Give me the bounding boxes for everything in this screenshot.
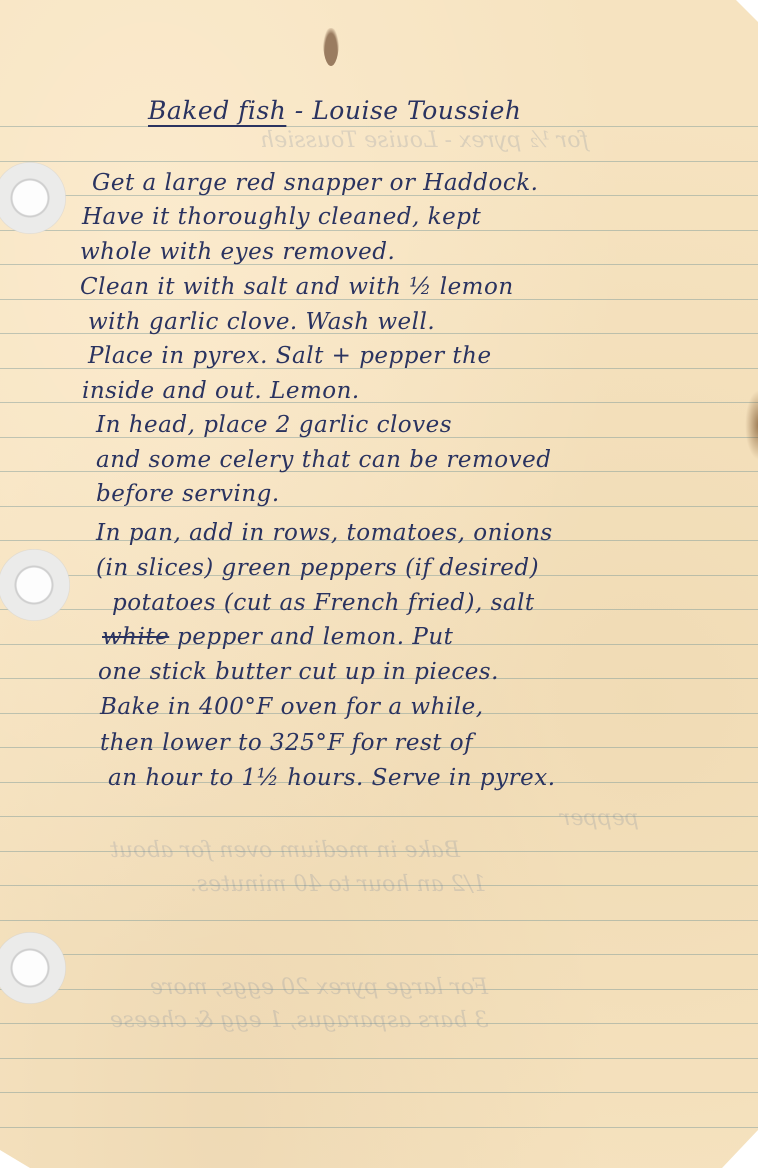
binder-hole: [0, 549, 70, 621]
binder-hole: [0, 932, 66, 1004]
ruled-line: [0, 1058, 758, 1059]
recipe-line: (in slices) green peppers (if desired): [96, 555, 539, 581]
recipe-line: then lower to 325°F for rest of: [100, 730, 473, 756]
recipe-title-line: Baked fish - Louise Toussieh: [148, 96, 521, 125]
recipe-line: and some celery that can be removed: [96, 447, 551, 473]
ruled-line: [0, 920, 758, 921]
binder-hole: [0, 162, 66, 234]
recipe-line: one stick butter cut up in pieces.: [98, 659, 499, 685]
bleed-through-text: pepper: [560, 806, 639, 831]
bleed-through-text: Bake in medium oven for about: [110, 838, 460, 863]
crossed-out-word: white: [102, 624, 169, 650]
edge-stain: [745, 390, 759, 460]
ruled-line: [0, 230, 758, 231]
recipe-line: inside and out. Lemon.: [82, 378, 360, 404]
recipe-author: Louise Toussieh: [312, 96, 521, 125]
ruled-line: [0, 126, 758, 127]
bleed-through-text: for ½ pyrex - Louise Toussieh: [260, 128, 589, 153]
ruled-line: [0, 161, 758, 162]
recipe-line: Place in pyrex. Salt + pepper the: [88, 343, 492, 369]
ruled-line: [0, 816, 758, 817]
recipe-line: Get a large red snapper or Haddock.: [92, 170, 538, 196]
bleed-through-text: 3 bars asparagus, 1 egg & cheese: [110, 1008, 488, 1033]
ink-blot-stain: [323, 28, 339, 66]
recipe-line: potatoes (cut as French fried), salt: [112, 590, 535, 616]
recipe-line: In head, place 2 garlic cloves: [96, 412, 452, 438]
recipe-line: Bake in 400°F oven for a while,: [100, 694, 484, 720]
ruled-line: [0, 954, 758, 955]
recipe-title: Baked fish: [148, 96, 286, 125]
bleed-through-text: For large pyrex 20 eggs, more: [150, 975, 488, 1000]
recipe-line-with-strike: white pepper and lemon. Put: [102, 624, 453, 650]
recipe-line: Clean it with salt and with ½ lemon: [80, 274, 514, 300]
ruled-line: [0, 1092, 758, 1093]
recipe-line: with garlic clove. Wash well.: [88, 309, 435, 335]
recipe-line-text: pepper and lemon. Put: [177, 624, 453, 650]
recipe-line: an hour to 1½ hours. Serve in pyrex.: [108, 765, 556, 791]
title-separator: -: [286, 96, 312, 125]
recipe-card: for ½ pyrex - Louise Toussieh pepper Bak…: [0, 0, 758, 1168]
recipe-line: whole with eyes removed.: [80, 239, 395, 265]
recipe-line: Have it thoroughly cleaned, kept: [82, 204, 481, 230]
ruled-line: [0, 1127, 758, 1128]
bleed-through-text: 1/2 an hour to 40 minutes.: [190, 872, 486, 897]
recipe-line: In pan, add in rows, tomatoes, onions: [96, 520, 553, 546]
recipe-line: before serving.: [96, 481, 280, 507]
